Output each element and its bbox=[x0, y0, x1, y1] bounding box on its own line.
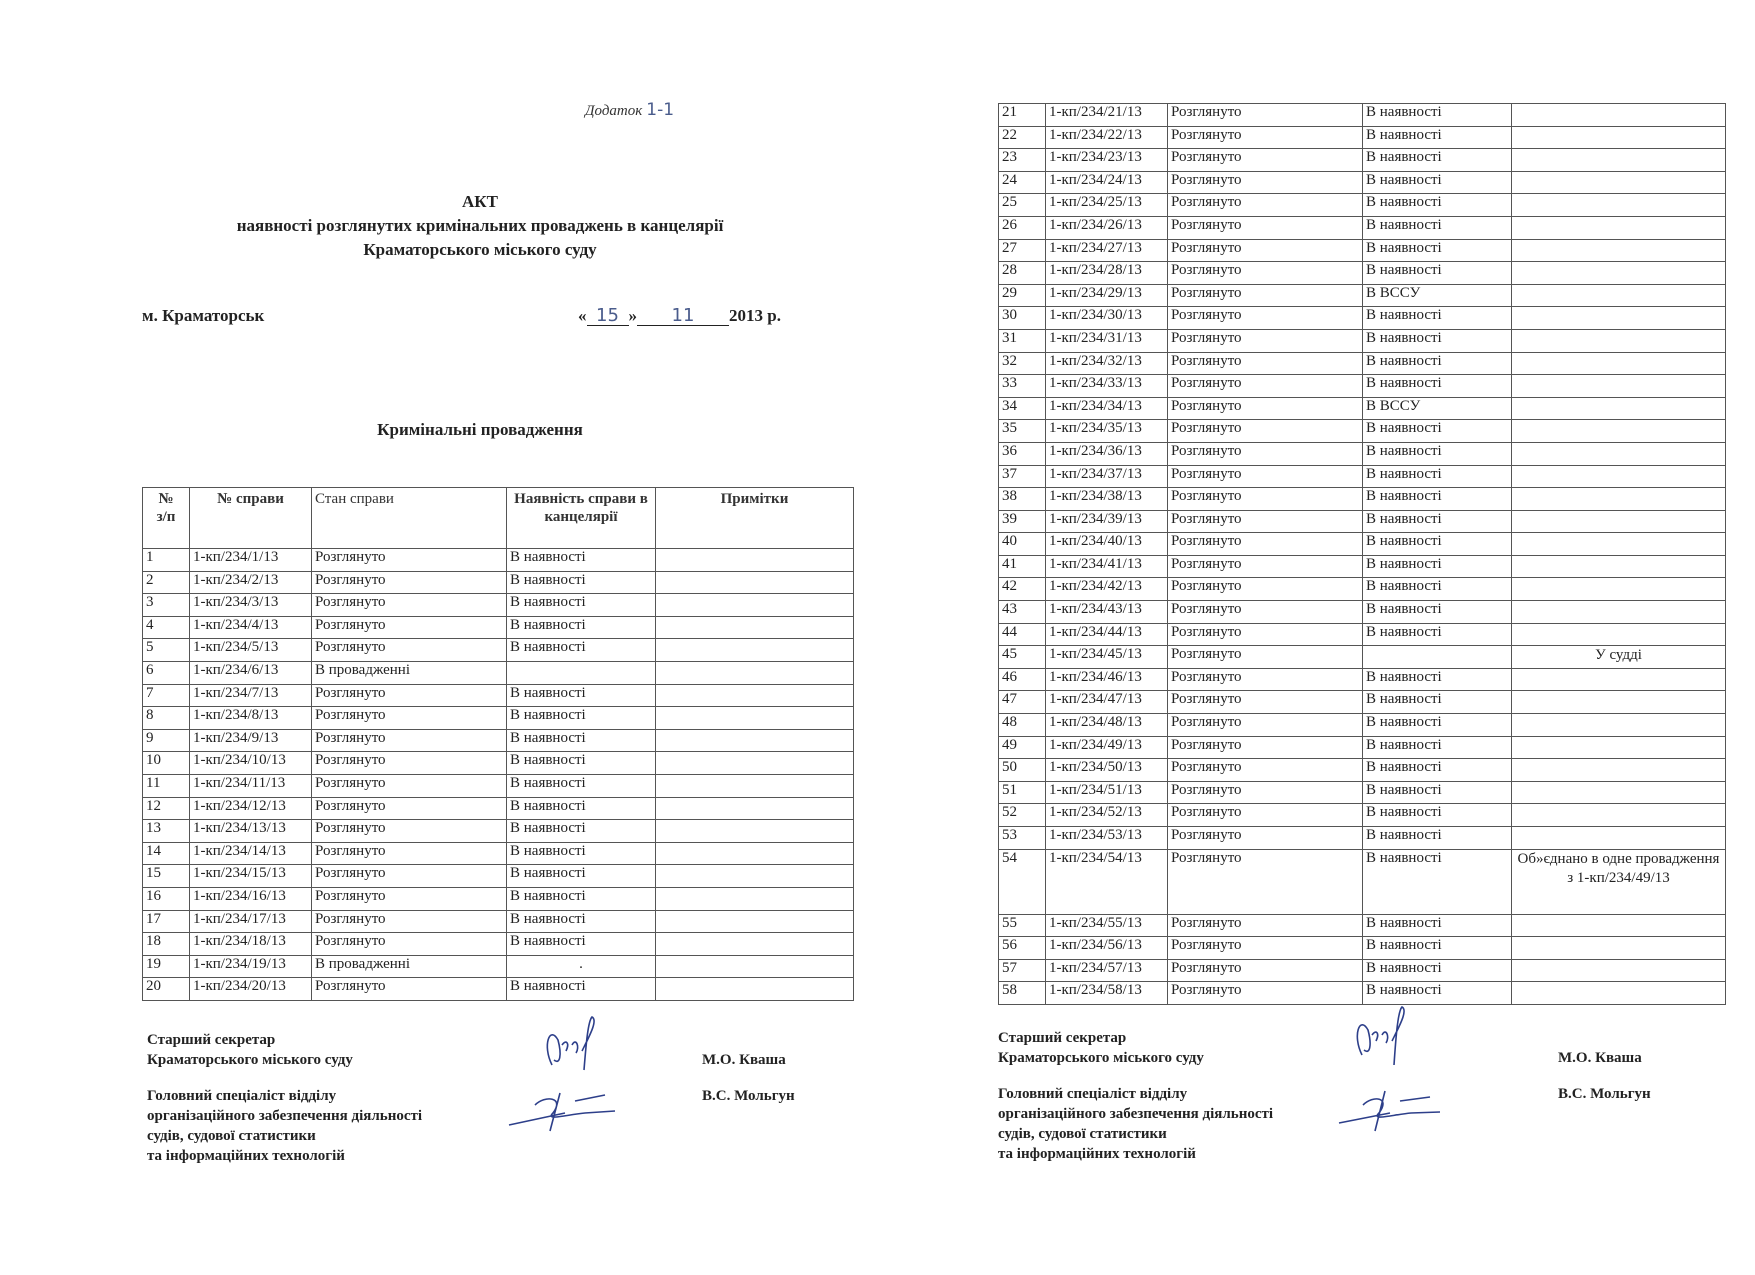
row-number: 45 bbox=[999, 646, 1046, 669]
row-number: 29 bbox=[999, 284, 1046, 307]
signature-specialist-icon bbox=[1335, 1085, 1455, 1135]
case-number: 1-кп/234/7/13 bbox=[190, 684, 312, 707]
secretary-title-line-1: Старший секретар bbox=[147, 1030, 422, 1050]
case-availability: . bbox=[507, 955, 656, 978]
row-number: 39 bbox=[999, 510, 1046, 533]
header-case-number: № справи bbox=[190, 488, 312, 549]
table-row: 481-кп/234/48/13РозглянутоВ наявності bbox=[999, 714, 1726, 737]
row-number: 51 bbox=[999, 781, 1046, 804]
case-state: Розглянуто bbox=[1168, 442, 1363, 465]
signature-secretary-icon bbox=[1350, 1005, 1430, 1070]
case-number: 1-кп/234/19/13 bbox=[190, 955, 312, 978]
row-number: 11 bbox=[143, 774, 190, 797]
specialist-title-line-2: організаційного забезпечення діяльності bbox=[147, 1106, 422, 1126]
title-line-2: наявності розглянутих кримінальних прова… bbox=[140, 214, 820, 238]
case-availability: В наявності bbox=[1363, 555, 1512, 578]
table-row: 271-кп/234/27/13РозглянутоВ наявності bbox=[999, 239, 1726, 262]
date-open-quote: « bbox=[578, 306, 587, 325]
case-availability: В наявності bbox=[1363, 804, 1512, 827]
table-row: 391-кп/234/39/13РозглянутоВ наявності bbox=[999, 510, 1726, 533]
row-number: 32 bbox=[999, 352, 1046, 375]
case-availability: В наявності bbox=[507, 887, 656, 910]
case-state: Розглянуто bbox=[1168, 510, 1363, 533]
table-row: 371-кп/234/37/13РозглянутоВ наявності bbox=[999, 465, 1726, 488]
row-number: 25 bbox=[999, 194, 1046, 217]
case-number: 1-кп/234/23/13 bbox=[1046, 149, 1168, 172]
row-number: 5 bbox=[143, 639, 190, 662]
case-state: Розглянуто bbox=[312, 774, 507, 797]
case-state: Розглянуто bbox=[1168, 914, 1363, 937]
row-number: 34 bbox=[999, 397, 1046, 420]
table-row: 51-кп/234/5/13РозглянутоВ наявності bbox=[143, 639, 854, 662]
specialist-name: В.С. Мольгун bbox=[702, 1086, 795, 1106]
table-row: 421-кп/234/42/13РозглянутоВ наявності bbox=[999, 578, 1726, 601]
table-row: 101-кп/234/10/13РозглянутоВ наявності bbox=[143, 752, 854, 775]
row-number: 1 bbox=[143, 549, 190, 572]
case-number: 1-кп/234/51/13 bbox=[1046, 781, 1168, 804]
case-state: Розглянуто bbox=[1168, 284, 1363, 307]
row-number: 52 bbox=[999, 804, 1046, 827]
case-state: Розглянуто bbox=[312, 571, 507, 594]
case-note bbox=[1512, 216, 1726, 239]
case-availability: В наявності bbox=[507, 752, 656, 775]
case-state: Розглянуто bbox=[312, 820, 507, 843]
case-state: Розглянуто bbox=[312, 684, 507, 707]
table-row: 441-кп/234/44/13РозглянутоВ наявності bbox=[999, 623, 1726, 646]
case-number: 1-кп/234/9/13 bbox=[190, 729, 312, 752]
case-note bbox=[656, 797, 854, 820]
secretary-title-line-1: Старший секретар bbox=[998, 1028, 1273, 1048]
table-row: 61-кп/234/6/13В провадженні bbox=[143, 661, 854, 684]
case-state: Розглянуто bbox=[1168, 759, 1363, 782]
case-note bbox=[656, 774, 854, 797]
case-number: 1-кп/234/10/13 bbox=[190, 752, 312, 775]
row-number: 57 bbox=[999, 959, 1046, 982]
case-number: 1-кп/234/36/13 bbox=[1046, 442, 1168, 465]
case-note: Об»єднано в одне провадження з 1-кп/234/… bbox=[1512, 849, 1726, 914]
row-number: 50 bbox=[999, 759, 1046, 782]
table-row: 251-кп/234/25/13РозглянутоВ наявності bbox=[999, 194, 1726, 217]
specialist-title-line-3: судів, судової статистики bbox=[998, 1124, 1273, 1144]
row-number: 43 bbox=[999, 601, 1046, 624]
case-number: 1-кп/234/34/13 bbox=[1046, 397, 1168, 420]
section-title: Кримінальні провадження bbox=[140, 420, 820, 440]
row-number: 58 bbox=[999, 982, 1046, 1005]
case-note bbox=[656, 865, 854, 888]
case-availability: В наявності bbox=[1363, 375, 1512, 398]
table-row: 171-кп/234/17/13РозглянутоВ наявності bbox=[143, 910, 854, 933]
row-number: 53 bbox=[999, 827, 1046, 850]
case-note bbox=[656, 842, 854, 865]
case-state: Розглянуто bbox=[1168, 488, 1363, 511]
case-number: 1-кп/234/54/13 bbox=[1046, 849, 1168, 914]
table-row: 281-кп/234/28/13РозглянутоВ наявності bbox=[999, 262, 1726, 285]
case-number: 1-кп/234/12/13 bbox=[190, 797, 312, 820]
case-note bbox=[1512, 397, 1726, 420]
case-availability bbox=[1363, 646, 1512, 669]
case-state: Розглянуто bbox=[1168, 194, 1363, 217]
case-availability: В наявності bbox=[1363, 420, 1512, 443]
case-number: 1-кп/234/14/13 bbox=[190, 842, 312, 865]
case-number: 1-кп/234/42/13 bbox=[1046, 578, 1168, 601]
case-availability: В наявності bbox=[507, 774, 656, 797]
case-availability: В наявності bbox=[507, 729, 656, 752]
case-number: 1-кп/234/3/13 bbox=[190, 594, 312, 617]
case-availability: В наявності bbox=[1363, 849, 1512, 914]
case-state: Розглянуто bbox=[1168, 533, 1363, 556]
signature-specialist-icon bbox=[505, 1085, 635, 1135]
document-title: АКТ наявності розглянутих кримінальних п… bbox=[140, 190, 820, 262]
case-note bbox=[656, 955, 854, 978]
table-row: 321-кп/234/32/13РозглянутоВ наявності bbox=[999, 352, 1726, 375]
case-note bbox=[656, 639, 854, 662]
appendix-label: Додаток1-1 bbox=[585, 100, 674, 120]
case-state: Розглянуто bbox=[1168, 623, 1363, 646]
case-availability: В наявності bbox=[1363, 668, 1512, 691]
case-number: 1-кп/234/49/13 bbox=[1046, 736, 1168, 759]
case-state: Розглянуто bbox=[1168, 329, 1363, 352]
case-note bbox=[1512, 668, 1726, 691]
case-note bbox=[1512, 375, 1726, 398]
case-state: Розглянуто bbox=[1168, 420, 1363, 443]
table-row: 231-кп/234/23/13РозглянутоВ наявності bbox=[999, 149, 1726, 172]
case-number: 1-кп/234/18/13 bbox=[190, 933, 312, 956]
row-number: 37 bbox=[999, 465, 1046, 488]
case-number: 1-кп/234/21/13 bbox=[1046, 104, 1168, 127]
row-number: 40 bbox=[999, 533, 1046, 556]
case-note bbox=[1512, 104, 1726, 127]
case-note bbox=[656, 684, 854, 707]
case-availability: В наявності bbox=[1363, 827, 1512, 850]
case-state: Розглянуто bbox=[312, 842, 507, 865]
case-state: Розглянуто bbox=[1168, 307, 1363, 330]
case-number: 1-кп/234/20/13 bbox=[190, 978, 312, 1001]
case-state: Розглянуто bbox=[1168, 126, 1363, 149]
case-number: 1-кп/234/24/13 bbox=[1046, 171, 1168, 194]
table-row: 541-кп/234/54/13РозглянутоВ наявностіОб»… bbox=[999, 849, 1726, 914]
case-number: 1-кп/234/22/13 bbox=[1046, 126, 1168, 149]
case-availability: В наявності bbox=[1363, 601, 1512, 624]
table-row: 111-кп/234/11/13РозглянутоВ наявності bbox=[143, 774, 854, 797]
case-note bbox=[1512, 555, 1726, 578]
title-line-1: АКТ bbox=[140, 190, 820, 214]
case-availability: В наявності bbox=[1363, 736, 1512, 759]
case-note bbox=[1512, 262, 1726, 285]
case-number: 1-кп/234/44/13 bbox=[1046, 623, 1168, 646]
case-note bbox=[656, 820, 854, 843]
case-state: Розглянуто bbox=[1168, 736, 1363, 759]
table-row: 181-кп/234/18/13РозглянутоВ наявності bbox=[143, 933, 854, 956]
case-state: Розглянуто bbox=[1168, 149, 1363, 172]
case-note bbox=[656, 752, 854, 775]
row-number: 44 bbox=[999, 623, 1046, 646]
row-number: 35 bbox=[999, 420, 1046, 443]
row-number: 22 bbox=[999, 126, 1046, 149]
case-number: 1-кп/234/11/13 bbox=[190, 774, 312, 797]
row-number: 12 bbox=[143, 797, 190, 820]
table-row: 471-кп/234/47/13РозглянутоВ наявності bbox=[999, 691, 1726, 714]
case-availability: В наявності bbox=[1363, 329, 1512, 352]
case-availability: В наявності bbox=[507, 684, 656, 707]
table-row: 411-кп/234/41/13РозглянутоВ наявності bbox=[999, 555, 1726, 578]
case-availability: В наявності bbox=[1363, 352, 1512, 375]
case-availability: В наявності bbox=[1363, 914, 1512, 937]
document-page-2: 211-кп/234/21/13РозглянутоВ наявності221… bbox=[870, 0, 1755, 1275]
specialist-title-line-1: Головний спеціаліст відділу bbox=[147, 1086, 422, 1106]
header-availability: Наявність справи в канцелярії bbox=[507, 488, 656, 549]
case-state: Розглянуто bbox=[312, 549, 507, 572]
case-note bbox=[656, 933, 854, 956]
case-availability: В наявності bbox=[1363, 239, 1512, 262]
case-number: 1-кп/234/35/13 bbox=[1046, 420, 1168, 443]
case-number: 1-кп/234/30/13 bbox=[1046, 307, 1168, 330]
case-state: Розглянуто bbox=[1168, 352, 1363, 375]
secretary-title-line-2: Краматорського міського суду bbox=[998, 1048, 1273, 1068]
case-availability: В наявності bbox=[1363, 488, 1512, 511]
case-number: 1-кп/234/45/13 bbox=[1046, 646, 1168, 669]
case-number: 1-кп/234/43/13 bbox=[1046, 601, 1168, 624]
table-row: 501-кп/234/50/13РозглянутоВ наявності bbox=[999, 759, 1726, 782]
case-state: Розглянуто bbox=[1168, 646, 1363, 669]
signature-block-left: Старший секретар Краматорського міського… bbox=[147, 1030, 422, 1166]
secretary-name: М.О. Кваша bbox=[702, 1050, 786, 1070]
table-row: 241-кп/234/24/13РозглянутоВ наявності bbox=[999, 171, 1726, 194]
table-row: 521-кп/234/52/13РозглянутоВ наявності bbox=[999, 804, 1726, 827]
case-availability: В наявності bbox=[1363, 533, 1512, 556]
table-header-row: №з/п № справи Стан справи Наявність спра… bbox=[143, 488, 854, 549]
case-availability: В наявності bbox=[1363, 262, 1512, 285]
case-state: Розглянуто bbox=[1168, 714, 1363, 737]
case-note bbox=[1512, 239, 1726, 262]
case-state: Розглянуто bbox=[1168, 465, 1363, 488]
row-number: 26 bbox=[999, 216, 1046, 239]
table-row: 401-кп/234/40/13РозглянутоВ наявності bbox=[999, 533, 1726, 556]
case-state: Розглянуто bbox=[312, 616, 507, 639]
table-row: 531-кп/234/53/13РозглянутоВ наявності bbox=[999, 827, 1726, 850]
document-page-1: Додаток1-1 АКТ наявності розглянутих кри… bbox=[0, 0, 870, 1275]
case-note bbox=[1512, 329, 1726, 352]
row-number: 20 bbox=[143, 978, 190, 1001]
table-row: 91-кп/234/9/13РозглянутоВ наявності bbox=[143, 729, 854, 752]
row-number: 46 bbox=[999, 668, 1046, 691]
secretary-name: М.О. Кваша bbox=[1558, 1048, 1642, 1068]
secretary-title-line-2: Краматорського міського суду bbox=[147, 1050, 422, 1070]
case-state: Розглянуто bbox=[1168, 601, 1363, 624]
row-number: 16 bbox=[143, 887, 190, 910]
case-number: 1-кп/234/28/13 bbox=[1046, 262, 1168, 285]
case-number: 1-кп/234/41/13 bbox=[1046, 555, 1168, 578]
case-state: Розглянуто bbox=[1168, 849, 1363, 914]
case-state: Розглянуто bbox=[1168, 171, 1363, 194]
header-notes: Примітки bbox=[656, 488, 854, 549]
case-number: 1-кп/234/46/13 bbox=[1046, 668, 1168, 691]
case-note bbox=[656, 978, 854, 1001]
case-note bbox=[656, 571, 854, 594]
row-number: 3 bbox=[143, 594, 190, 617]
case-availability: В наявності bbox=[507, 865, 656, 888]
case-number: 1-кп/234/58/13 bbox=[1046, 982, 1168, 1005]
case-note bbox=[1512, 914, 1726, 937]
case-availability: В наявності bbox=[1363, 465, 1512, 488]
case-note bbox=[656, 549, 854, 572]
table-row: 511-кп/234/51/13РозглянутоВ наявності bbox=[999, 781, 1726, 804]
case-state: В провадженні bbox=[312, 955, 507, 978]
signature-secretary-icon bbox=[540, 1015, 620, 1075]
case-note bbox=[1512, 194, 1726, 217]
table-row: 361-кп/234/36/13РозглянутоВ наявності bbox=[999, 442, 1726, 465]
case-availability: В наявності bbox=[1363, 442, 1512, 465]
case-availability: В наявності bbox=[507, 549, 656, 572]
case-availability: В наявності bbox=[507, 594, 656, 617]
case-note bbox=[1512, 982, 1726, 1005]
case-availability: В наявності bbox=[1363, 578, 1512, 601]
case-availability: В наявності bbox=[507, 910, 656, 933]
row-number: 56 bbox=[999, 937, 1046, 960]
case-note bbox=[1512, 781, 1726, 804]
case-note bbox=[1512, 827, 1726, 850]
case-state: Розглянуто bbox=[312, 639, 507, 662]
row-number: 31 bbox=[999, 329, 1046, 352]
table-row: 551-кп/234/55/13РозглянутоВ наявності bbox=[999, 914, 1726, 937]
case-number: 1-кп/234/15/13 bbox=[190, 865, 312, 888]
case-state: Розглянуто bbox=[312, 752, 507, 775]
row-number: 24 bbox=[999, 171, 1046, 194]
case-state: Розглянуто bbox=[1168, 804, 1363, 827]
case-availability: В наявності bbox=[1363, 759, 1512, 782]
row-number: 28 bbox=[999, 262, 1046, 285]
title-line-3: Краматорського міського суду bbox=[140, 238, 820, 262]
date-month: 11 bbox=[637, 307, 729, 326]
date-day: 15 bbox=[587, 307, 629, 326]
case-number: 1-кп/234/4/13 bbox=[190, 616, 312, 639]
table-row: 151-кп/234/15/13РозглянутоВ наявності bbox=[143, 865, 854, 888]
header-case-state: Стан справи bbox=[312, 488, 507, 549]
row-number: 30 bbox=[999, 307, 1046, 330]
case-note bbox=[1512, 736, 1726, 759]
case-number: 1-кп/234/47/13 bbox=[1046, 691, 1168, 714]
row-number: 18 bbox=[143, 933, 190, 956]
case-availability: В ВССУ bbox=[1363, 397, 1512, 420]
table-row: 381-кп/234/38/13РозглянутоВ наявності bbox=[999, 488, 1726, 511]
table-row: 581-кп/234/58/13РозглянутоВ наявності bbox=[999, 982, 1726, 1005]
row-number: 9 bbox=[143, 729, 190, 752]
case-state: Розглянуто bbox=[312, 887, 507, 910]
case-state: Розглянуто bbox=[1168, 216, 1363, 239]
case-availability: В наявності bbox=[507, 842, 656, 865]
case-note bbox=[1512, 714, 1726, 737]
case-number: 1-кп/234/39/13 bbox=[1046, 510, 1168, 533]
case-state: Розглянуто bbox=[312, 729, 507, 752]
case-note bbox=[656, 616, 854, 639]
case-state: Розглянуто bbox=[312, 933, 507, 956]
table-row: 81-кп/234/8/13РозглянутоВ наявності bbox=[143, 707, 854, 730]
case-note bbox=[1512, 759, 1726, 782]
case-number: 1-кп/234/13/13 bbox=[190, 820, 312, 843]
case-number: 1-кп/234/8/13 bbox=[190, 707, 312, 730]
case-note bbox=[656, 729, 854, 752]
case-state: Розглянуто bbox=[1168, 262, 1363, 285]
case-note bbox=[1512, 510, 1726, 533]
case-note bbox=[1512, 488, 1726, 511]
row-number: 6 bbox=[143, 661, 190, 684]
case-state: Розглянуто bbox=[1168, 937, 1363, 960]
table-row: 571-кп/234/57/13РозглянутоВ наявності bbox=[999, 959, 1726, 982]
case-availability: В наявності bbox=[1363, 171, 1512, 194]
case-number: 1-кп/234/32/13 bbox=[1046, 352, 1168, 375]
table-row: 351-кп/234/35/13РозглянутоВ наявності bbox=[999, 420, 1726, 443]
case-state: Розглянуто bbox=[1168, 959, 1363, 982]
case-number: 1-кп/234/53/13 bbox=[1046, 827, 1168, 850]
row-number: 19 bbox=[143, 955, 190, 978]
case-availability: В наявності bbox=[1363, 307, 1512, 330]
case-state: Розглянуто bbox=[1168, 555, 1363, 578]
table-row: 301-кп/234/30/13РозглянутоВ наявності bbox=[999, 307, 1726, 330]
case-availability: В наявності bbox=[1363, 959, 1512, 982]
case-state: Розглянуто bbox=[312, 910, 507, 933]
case-availability: В наявності bbox=[507, 820, 656, 843]
case-number: 1-кп/234/50/13 bbox=[1046, 759, 1168, 782]
case-note bbox=[1512, 171, 1726, 194]
row-number: 13 bbox=[143, 820, 190, 843]
case-note bbox=[1512, 307, 1726, 330]
row-number: 48 bbox=[999, 714, 1046, 737]
table-row: 41-кп/234/4/13РозглянутоВ наявності bbox=[143, 616, 854, 639]
case-availability: В наявності bbox=[507, 978, 656, 1001]
row-number: 47 bbox=[999, 691, 1046, 714]
case-note: У судді bbox=[1512, 646, 1726, 669]
table-row: 341-кп/234/34/13РозглянутоВ ВССУ bbox=[999, 397, 1726, 420]
table-row: 331-кп/234/33/13РозглянутоВ наявності bbox=[999, 375, 1726, 398]
case-availability: В наявності bbox=[507, 571, 656, 594]
row-number: 2 bbox=[143, 571, 190, 594]
table-row: 31-кп/234/3/13РозглянутоВ наявності bbox=[143, 594, 854, 617]
row-number: 4 bbox=[143, 616, 190, 639]
case-availability bbox=[507, 661, 656, 684]
row-number: 36 bbox=[999, 442, 1046, 465]
case-note bbox=[1512, 465, 1726, 488]
case-availability: В наявності bbox=[507, 933, 656, 956]
case-note bbox=[1512, 149, 1726, 172]
case-number: 1-кп/234/27/13 bbox=[1046, 239, 1168, 262]
specialist-title-line-4: та інформаційних технологій bbox=[998, 1144, 1273, 1164]
case-availability: В наявності bbox=[1363, 194, 1512, 217]
table-row: 121-кп/234/12/13РозглянутоВ наявності bbox=[143, 797, 854, 820]
case-number: 1-кп/234/1/13 bbox=[190, 549, 312, 572]
row-number: 38 bbox=[999, 488, 1046, 511]
specialist-name: В.С. Мольгун bbox=[1558, 1084, 1651, 1104]
date-year: 2013 р. bbox=[729, 306, 781, 325]
table-row: 71-кп/234/7/13РозглянутоВ наявності bbox=[143, 684, 854, 707]
table-row: 311-кп/234/31/13РозглянутоВ наявності bbox=[999, 329, 1726, 352]
case-state: В провадженні bbox=[312, 661, 507, 684]
case-number: 1-кп/234/56/13 bbox=[1046, 937, 1168, 960]
signature-block-right: Старший секретар Краматорського міського… bbox=[998, 1028, 1273, 1164]
document-date: «15»112013 р. bbox=[578, 306, 781, 326]
appendix-number: 1-1 bbox=[646, 100, 674, 120]
case-note bbox=[1512, 804, 1726, 827]
case-availability: В наявності bbox=[1363, 623, 1512, 646]
row-number: 8 bbox=[143, 707, 190, 730]
case-state: Розглянуто bbox=[1168, 982, 1363, 1005]
city-label: м. Краматорськ bbox=[142, 306, 264, 326]
case-number: 1-кп/234/48/13 bbox=[1046, 714, 1168, 737]
case-note bbox=[1512, 937, 1726, 960]
case-state: Розглянуто bbox=[1168, 397, 1363, 420]
appendix-text: Додаток bbox=[585, 103, 642, 119]
case-number: 1-кп/234/16/13 bbox=[190, 887, 312, 910]
case-number: 1-кп/234/26/13 bbox=[1046, 216, 1168, 239]
case-state: Розглянуто bbox=[1168, 781, 1363, 804]
